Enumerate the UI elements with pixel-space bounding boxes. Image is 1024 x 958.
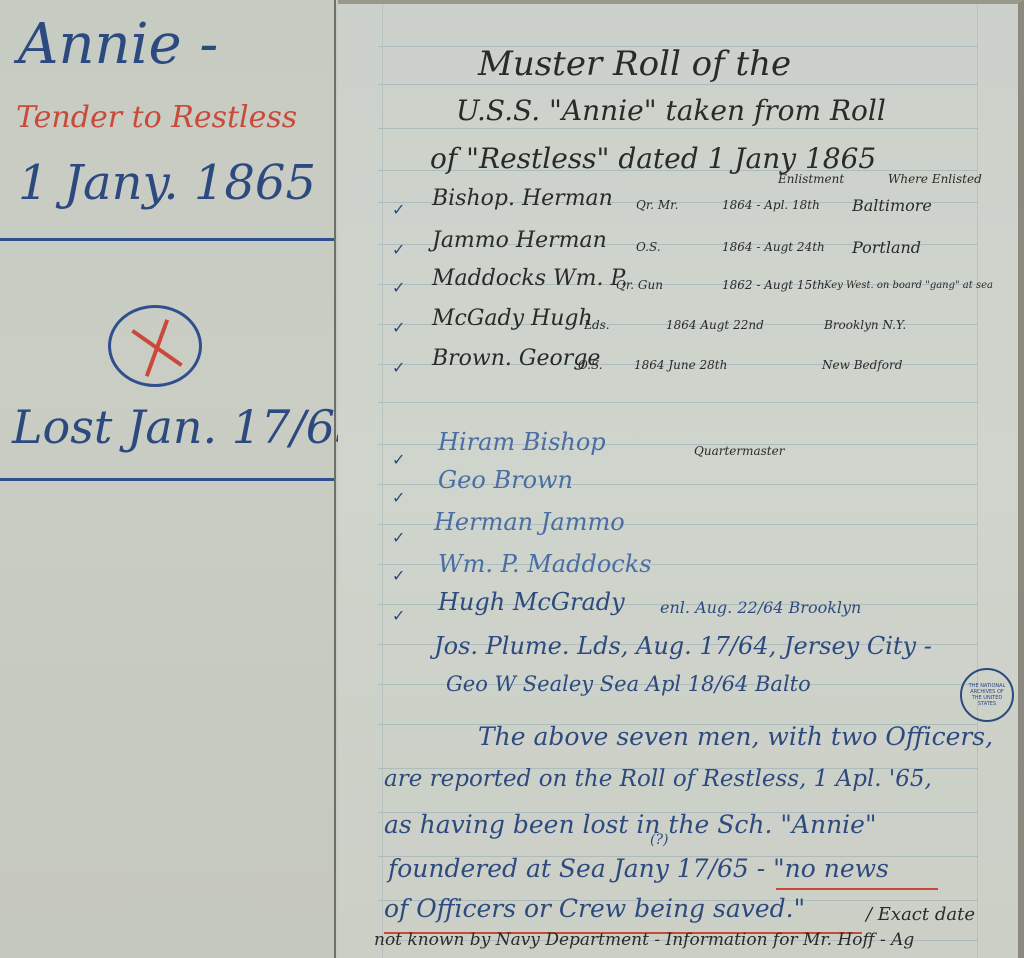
aside-note: / Exact date (866, 904, 975, 925)
statement-line: foundered at Sea Jany 17/65 - "no news (388, 854, 889, 883)
check-mark-icon: ✓ (392, 450, 405, 469)
list-entry-name: Herman Jammo (434, 508, 625, 536)
crew-rating: Qr. Gun (616, 278, 663, 292)
national-archives-stamp: THE NATIONAL ARCHIVES OF THE UNITED STAT… (960, 668, 1014, 722)
crew-enlisted: 1864 Augt 22nd (666, 318, 764, 332)
crew-name: Maddocks Wm. P. (432, 266, 628, 291)
list-entry-name: Jos. Plume. Lds, Aug. 17/64, Jersey City… (434, 632, 932, 660)
list-entry-note: Quartermaster (694, 444, 784, 458)
left-margin-rule (382, 4, 383, 958)
check-mark-icon: ✓ (392, 566, 405, 585)
crew-rating: Lds. (584, 318, 610, 332)
red-underline (776, 888, 938, 890)
crew-name: McGady Hugh (432, 306, 593, 331)
statement-line: are reported on the Roll of Restless, 1 … (384, 766, 932, 792)
crew-rating: Qr. Mr. (636, 198, 678, 212)
crew-place: Baltimore (852, 196, 932, 215)
list-entry-name: Geo W Sealey Sea Apl 18/64 Balto (446, 672, 811, 696)
check-mark-icon: ✓ (392, 200, 405, 219)
crew-enlisted: 1864 - Augt 24th (722, 240, 825, 254)
card-date: 1 Jany. 1865 (18, 155, 316, 211)
crew-place: New Bedford (822, 358, 902, 372)
check-mark-icon: ✓ (392, 358, 405, 377)
list-entry-name: Hugh McGrady (438, 588, 625, 616)
statement-line: of Officers or Crew being saved." (384, 894, 805, 923)
statement-line: as having been lost in the Sch. "Annie" (384, 810, 876, 839)
date-query-note: (?) (650, 832, 668, 848)
right-margin-rule (977, 4, 978, 958)
card-divider (0, 478, 334, 481)
crew-rating: O.S. (578, 358, 603, 372)
circled-x-icon (108, 305, 202, 387)
list-entry-name: Geo Brown (438, 466, 573, 494)
check-mark-icon: ✓ (392, 278, 405, 297)
roll-title: Muster Roll of the (478, 44, 791, 84)
muster-roll-sheet: Muster Roll of the U.S.S. "Annie" taken … (338, 0, 1024, 958)
crew-enlisted: 1862 - Augt 15th (722, 278, 825, 292)
statement-line: The above seven men, with two Officers, (478, 722, 993, 751)
tender-note: Tender to Restless (16, 100, 297, 135)
check-mark-icon: ✓ (392, 488, 405, 507)
stamp-text: THE NATIONAL ARCHIVES OF THE UNITED STAT… (968, 683, 1006, 707)
crew-name: Bishop. Herman (432, 186, 613, 211)
check-mark-icon: ✓ (392, 528, 405, 547)
crew-place: Brooklyn N.Y. (824, 318, 906, 332)
crew-rating: O.S. (636, 240, 661, 254)
crew-place: Key West. on board "gang" at sea (824, 280, 993, 291)
list-entry-note: enl. Aug. 22/64 Brooklyn (660, 598, 861, 617)
crew-enlisted: 1864 June 28th (634, 358, 727, 372)
footnote-line: not known by Navy Department - Informati… (374, 930, 914, 950)
check-mark-icon: ✓ (392, 318, 405, 337)
list-entry-name: Hiram Bishop (438, 428, 606, 456)
list-entry-name: Wm. P. Maddocks (438, 550, 652, 578)
card-divider (0, 238, 334, 241)
enlistment-column-note: Enlistment (778, 172, 844, 186)
check-mark-icon: ✓ (392, 606, 405, 625)
check-mark-icon: ✓ (392, 240, 405, 259)
roll-subtitle: U.S.S. "Annie" taken from Roll (456, 94, 886, 127)
roll-source: of "Restless" dated 1 Jany 1865 (430, 142, 876, 175)
crew-place: Portland (852, 238, 921, 257)
crew-name: Jammo Herman (432, 228, 607, 253)
index-card: Annie - Tender to Restless 1 Jany. 1865 … (0, 0, 336, 958)
vessel-name: Annie - (18, 12, 218, 77)
crew-enlisted: 1864 - Apl. 18th (722, 198, 820, 212)
where-enlisted-column-note: Where Enlisted (888, 172, 982, 186)
crew-name: Brown. George (432, 346, 600, 371)
